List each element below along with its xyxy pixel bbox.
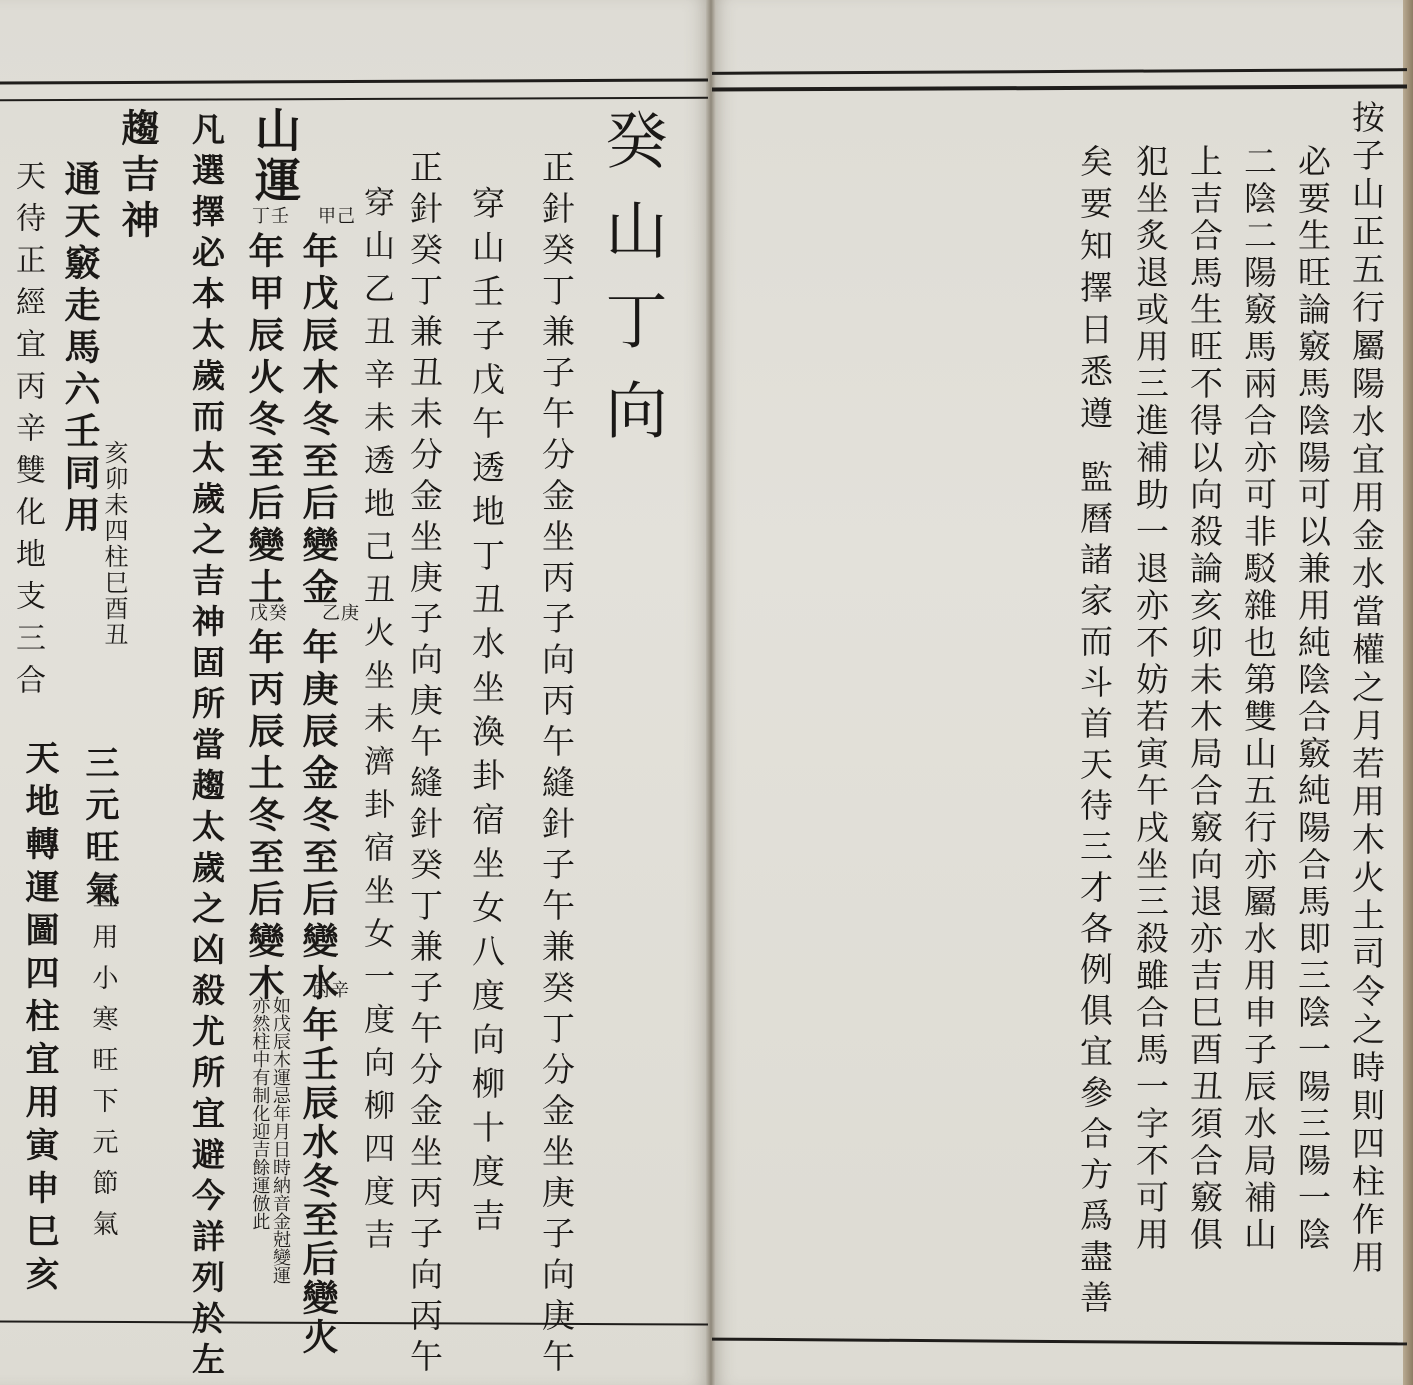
section-heading-shanyun: 山運 [252, 106, 298, 206]
text-column-an-6b: 監曆諸家而斗首天待三才各例俱宜參合方爲盡善 [1078, 460, 1111, 1321]
annotation-jiaji: 甲己 [318, 208, 356, 226]
annotation-dingren: 丁壬 [252, 208, 290, 226]
text-column-an-6a: 矣要知擇日悉遵 [1078, 144, 1111, 438]
text-column-shanyun-1a: 年戊辰木冬至后變金 [300, 232, 336, 610]
annotation-yigeng: 乙庚 [322, 605, 360, 623]
text-column-zhengzhen-1: 正針癸丁兼子午分金坐丙子向丙午縫針子午兼癸丁分金坐庚子向庚午 [540, 150, 573, 1380]
book-gutter [706, 0, 716, 1385]
text-column-an-5: 犯坐炙退或用三進補助一退亦不妨若寅午戌坐三殺雖合馬一字不可用 [1134, 144, 1167, 1254]
annotation-bingxin: 丙辛 [312, 982, 350, 1000]
text-column-chuanshan-2: 穿山乙丑辛未透地己丑火坐未濟卦宿坐女一度向柳四度吉 [360, 186, 391, 1261]
text-column-an-2: 必要生旺論竅馬陰陽可以兼用純陰合竅純陽合馬即三陰一陽三陽一陰 [1296, 144, 1329, 1254]
note-tongtian: 亥卯未四柱巳酉丑 [68, 440, 128, 680]
text-column-an-1: 按子山正五行屬陽水宜用金水當權之月若用木火土司令之時則四柱作用 [1350, 100, 1383, 1278]
annotation-wugui: 戊癸 [250, 605, 288, 623]
text-column-an-3: 二陰二陽竅馬兩合亦可非駁雜也第雙山五行亦屬水用申子辰水局補山 [1242, 144, 1275, 1254]
text-column-fanxuanze: 凡選擇必本太歲而太歲之吉神固所當趨太歲之凶殺尤所宜避今詳列於左 [190, 112, 223, 1383]
text-column-shanyun-1b: 年庚辰金冬至后變水 [300, 628, 336, 1006]
text-column-shanyun-2a: 年甲辰火冬至后變土 [246, 232, 282, 610]
page-title: 癸山丁向 [600, 108, 662, 468]
text-column-chuanshan-1: 穿山壬子戊午透地丁丑水坐渙卦宿坐女八度向柳十度吉 [470, 186, 503, 1242]
section-heading-quji: 趨吉神 [118, 108, 156, 246]
note-sanyuan: 宜用小寒旺下元節氣 [90, 882, 116, 1251]
note-shanyun: 如戊辰木運忌年月日時納音金尅變運亦然柱中有制化迎吉餘運倣此 [246, 996, 290, 1296]
text-column-tianfu: 天待正經宜丙辛雙化地支三合 [12, 160, 42, 706]
text-column-tiandi: 天地轉運圖四柱宜用寅申巳亥 [22, 740, 56, 1299]
text-column-an-4: 上吉合馬生旺不得以向殺論亥卯未木局合竅向退亦吉巳酉丑須合竅俱 [1188, 144, 1221, 1254]
text-column-shanyun-2b: 年丙辰土冬至后變木 [246, 628, 282, 1006]
text-column-shanyun-1c: 年壬辰水冬至后變火 [300, 1006, 336, 1357]
text-column-zhengzhen-2: 正針癸丁兼丑未分金坐庚子向庚午縫針癸丁兼子午分金坐丙子向丙午 [408, 150, 441, 1380]
